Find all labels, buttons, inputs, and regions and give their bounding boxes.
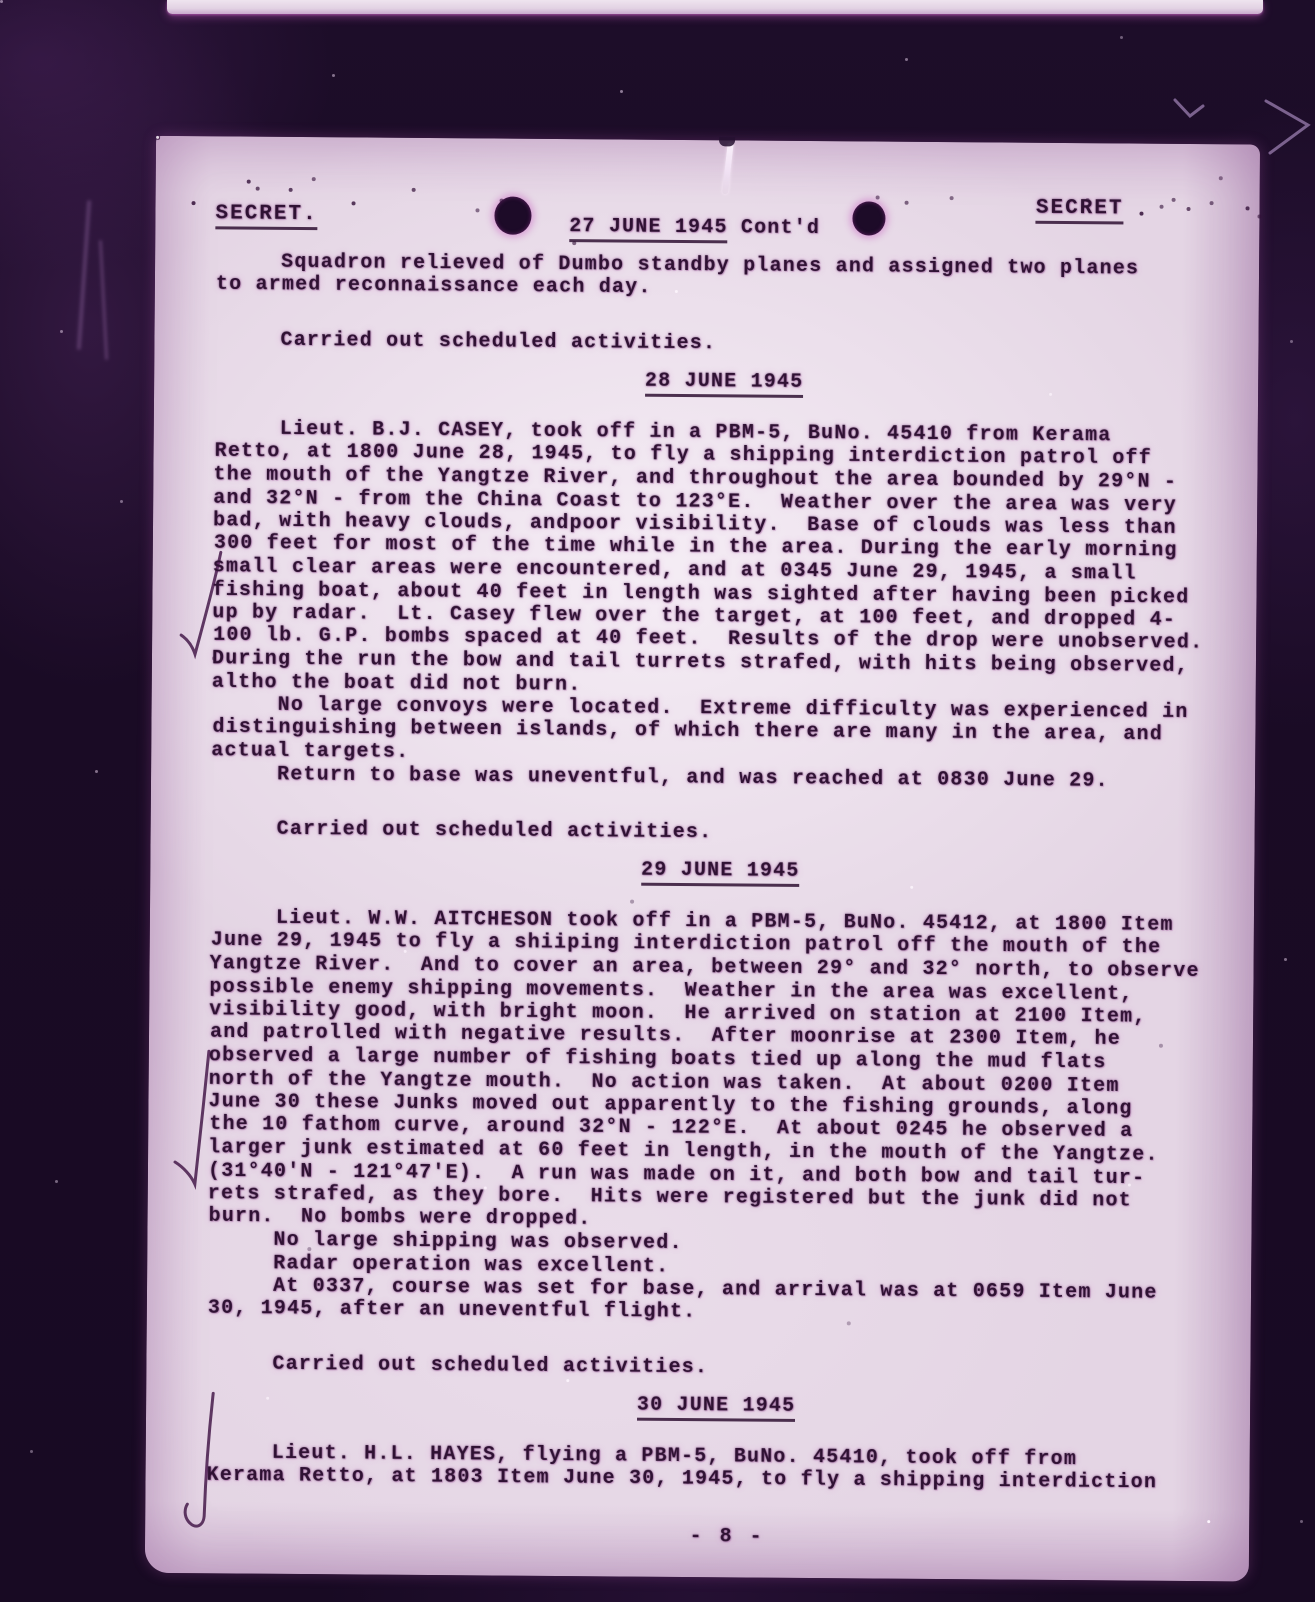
classification-stamp-right: SECRET bbox=[1036, 197, 1124, 225]
film-streak bbox=[99, 240, 108, 360]
document-header: SECRET. 27 JUNE 1945 Cont'd SECRET bbox=[215, 192, 1215, 227]
document-body: Squadron relieved of Dumbo standby plane… bbox=[205, 250, 1215, 1495]
film-streak bbox=[77, 200, 91, 350]
text-line: Carried out scheduled activities. bbox=[211, 817, 1211, 848]
section-heading-row: 29 JUNE 1945 bbox=[220, 855, 1220, 890]
document-page: SECRET. 27 JUNE 1945 Cont'd SECRET Squad… bbox=[145, 136, 1260, 1582]
status-paragraph: Carried out scheduled activities. bbox=[211, 817, 1211, 848]
section-heading: 29 JUNE 1945 bbox=[641, 859, 800, 887]
section-heading: 30 JUNE 1945 bbox=[637, 1394, 796, 1422]
film-scratch-mark bbox=[1262, 95, 1314, 157]
section-heading: 28 JUNE 1945 bbox=[645, 370, 804, 398]
page-title-date: 27 JUNE 1945 bbox=[569, 215, 728, 243]
previous-page-edge bbox=[167, 0, 1263, 14]
page-title: 27 JUNE 1945 Cont'd bbox=[336, 213, 1054, 242]
status-paragraph: Carried out scheduled activities. bbox=[214, 328, 1214, 359]
microfilm-frame: SECRET. 27 JUNE 1945 Cont'd SECRET Squad… bbox=[0, 0, 1315, 1602]
paragraph: Lieut. B.J. CASEY, took off in a PBM-5, … bbox=[211, 417, 1214, 793]
page-number: - 8 - bbox=[227, 1521, 1227, 1552]
paragraph: Squadron relieved of Dumbo standby plane… bbox=[215, 250, 1215, 304]
section-heading-row: 30 JUNE 1945 bbox=[216, 1390, 1216, 1425]
film-scratch-mark bbox=[1172, 96, 1206, 122]
text-line: Carried out scheduled activities. bbox=[206, 1352, 1206, 1383]
paragraph: Lieut. W.W. AITCHESON took off in a PBM-… bbox=[207, 906, 1210, 1328]
paragraph: Lieut. H.L. HAYES, flying a PBM-5, BuNo.… bbox=[205, 1441, 1205, 1495]
film-dust bbox=[0, 0, 3, 3]
text-line: Carried out scheduled activities. bbox=[214, 328, 1214, 359]
classification-stamp-left: SECRET. bbox=[215, 202, 317, 230]
section-heading-row: 28 JUNE 1945 bbox=[224, 366, 1224, 401]
status-paragraph: Carried out scheduled activities. bbox=[206, 1352, 1206, 1383]
page-title-suffix: Cont'd bbox=[728, 216, 821, 240]
